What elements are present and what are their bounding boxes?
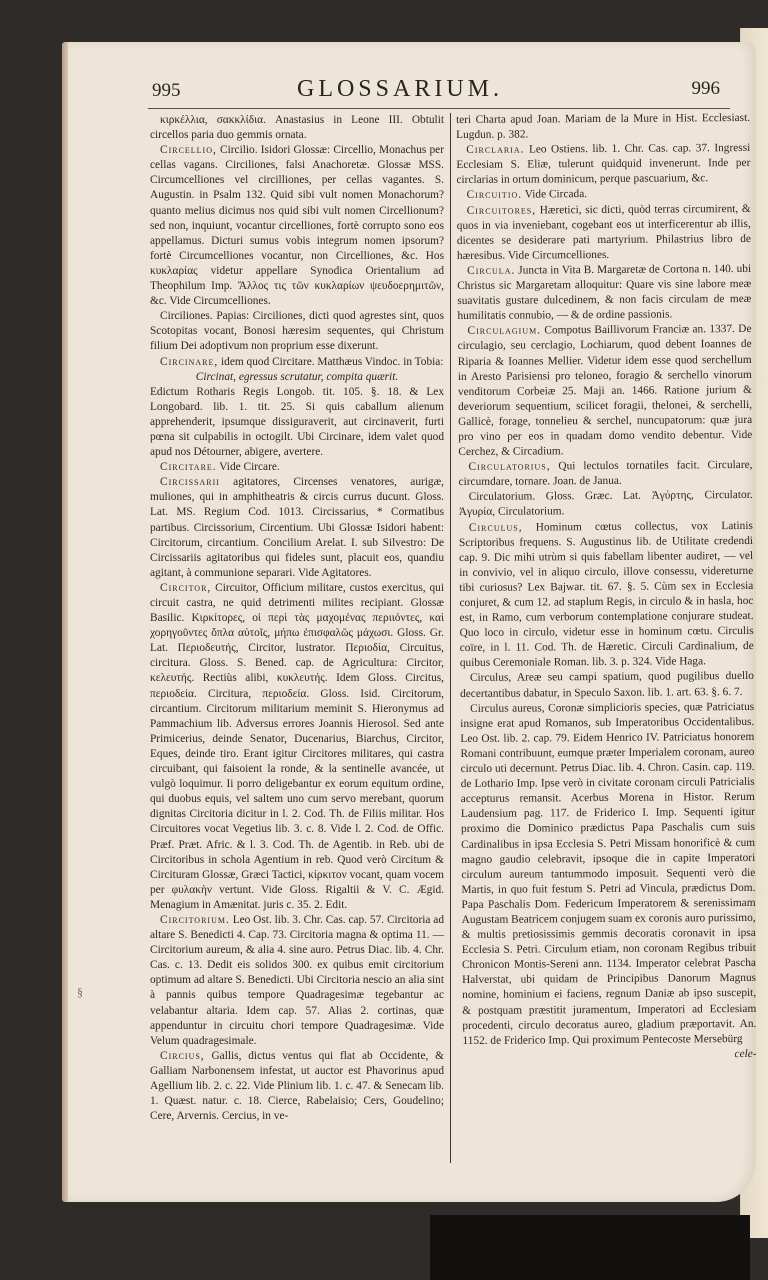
entry-headword: Circuitio. [467, 189, 523, 201]
page-number-right: 996 [692, 78, 721, 100]
glossary-entry: Circissarii agitatores, Circenses venato… [150, 475, 444, 581]
entry-text: idem quod Circitare. Matthæus Vindoc. in… [221, 356, 443, 368]
catchword: cele- [463, 1047, 757, 1064]
entry-headword: Circulatorius, [468, 461, 550, 474]
entry-text: Circiliones. Papias: Circiliones, dicti … [150, 310, 444, 352]
entry-text: Edictum Rotharis Regis Longob. tit. 105.… [150, 386, 444, 458]
glossary-entry: Circlaria. Leo Ostiens. lib. 1. Chr. Cas… [456, 141, 750, 188]
entry-text: Vide Circada. [525, 189, 587, 201]
entry-headword: Circellio, [160, 144, 217, 156]
entry-headword: Circinare, [160, 356, 218, 368]
entry-headword: Circulagium. [467, 325, 541, 338]
glossary-entry: Circulus, Hominum cœtus collectus, vox L… [459, 518, 754, 671]
glossary-entry: Circiliones. Papias: Circiliones, dicti … [150, 309, 444, 354]
entry-text: Circilio. Isidori Glossæ: Circellio, Mon… [150, 144, 444, 307]
right-column: teri Charta apud Joan. Mariam de la Mure… [456, 111, 757, 1064]
glossary-entry: Circulagium. Compotus Baillivorum Franci… [457, 322, 752, 460]
entry-text: κιρκέλλια, σακκλίδια. Anastasius in Leon… [150, 114, 444, 141]
entry-text: Leo Ost. lib. 3. Chr. Cas. cap. 57. Circ… [150, 914, 444, 1047]
entry-text: Circinat, egressus scrutatur, compita qu… [196, 371, 398, 383]
glossary-entry: Circulatorium. Gloss. Græc. Lat. Ἀγύρτης… [459, 488, 753, 520]
entry-headword: Circissarii [160, 476, 220, 488]
entry-headword: Circitorium. [160, 914, 230, 926]
left-column: κιρκέλλια, σακκλίδια. Anastasius in Leon… [150, 113, 444, 1124]
glossary-entry: Circinare, idem quod Circitare. Matthæus… [150, 355, 444, 370]
glossary-entry: Circitor, Circuitor, Officium militare, … [150, 581, 444, 913]
column-divider [450, 113, 451, 1163]
glossary-entry: κιρκέλλια, σακκλίδια. Anastasius in Leon… [150, 113, 444, 143]
entry-text: teri Charta apud Joan. Mariam de la Mure… [456, 112, 750, 141]
entry-text: Compotus Baillivorum Franciæ an. 1337. D… [458, 323, 753, 458]
entry-headword: Circitare. [160, 461, 217, 473]
glossary-entry: Circulus, Areæ seu campi spatium, quod p… [460, 669, 754, 701]
header-rule [148, 108, 730, 109]
entry-text: Vide Circare. [219, 461, 279, 473]
entry-text: Circulus aureus, Coronæ simplicioris spe… [460, 701, 756, 1047]
glossary-entry: Circuitores, Hæretici, sic dicti, quòd t… [457, 202, 751, 264]
running-title: GLOSSARIUM. [80, 76, 720, 103]
glossary-entry: Circinat, egressus scrutatur, compita qu… [150, 370, 444, 385]
glossary-entry: Circius, Gallis, dictus ventus qui flat … [150, 1049, 444, 1124]
entry-headword: Circius, [160, 1050, 205, 1062]
glossary-entry: Circitorium. Leo Ost. lib. 3. Chr. Cas. … [150, 913, 444, 1049]
entry-text: Circulatorium. Gloss. Græc. Lat. Ἀγύρτης… [459, 489, 753, 518]
entry-headword: Circitor, [160, 582, 211, 594]
glossary-entry: Circitare. Vide Circare. [150, 460, 444, 475]
glossary-entry: Circulus aureus, Coronæ simplicioris spe… [460, 700, 756, 1049]
entry-text: Hominum cœtus collectus, vox Latinis Scr… [459, 519, 754, 669]
glossary-entry: Circula. Juncta in Vita B. Margaretæ de … [457, 262, 751, 324]
entry-text: Circuitor, Officium militare, custos exe… [150, 582, 444, 911]
glossary-entry: Edictum Rotharis Regis Longob. tit. 105.… [150, 385, 444, 460]
glossary-entry: Circulatorius, Qui lectulos tornatiles f… [458, 458, 752, 490]
entry-text: Circulus, Areæ seu campi spatium, quod p… [460, 670, 754, 699]
margin-mark: § [77, 985, 83, 1000]
entry-headword: Circuitores, [467, 204, 536, 216]
glossary-entry: Circellio, Circilio. Isidori Glossæ: Cir… [150, 143, 444, 309]
shadow [430, 1215, 750, 1280]
entry-headword: Circulus, [469, 521, 523, 533]
running-head: 995 GLOSSARIUM. 996 [80, 72, 720, 108]
entry-headword: Circlaria. [466, 144, 524, 156]
entry-text: agitatores, Circenses venatores, aurigæ,… [150, 476, 444, 579]
glossary-entry: teri Charta apud Joan. Mariam de la Mure… [456, 111, 750, 143]
entry-headword: Circula. [467, 265, 515, 277]
